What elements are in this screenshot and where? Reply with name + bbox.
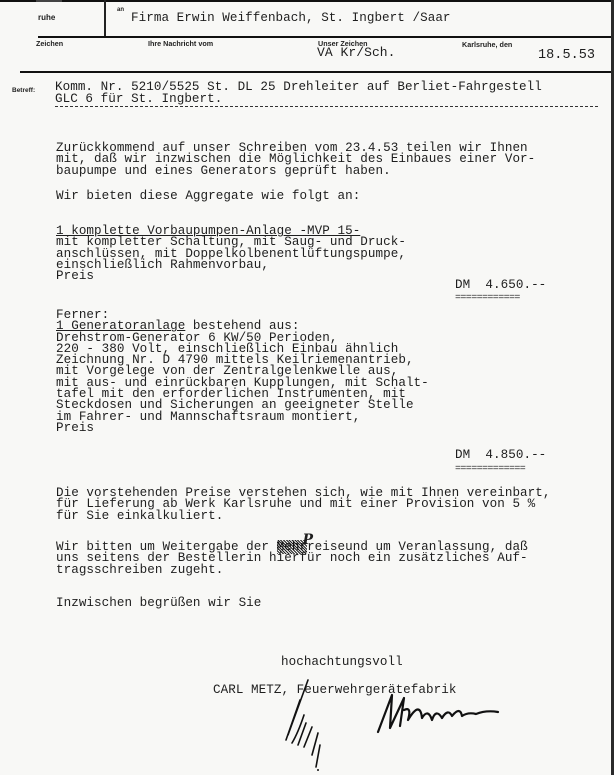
header-rule (38, 36, 614, 38)
recipient-block: an Firma Erwin Weiffenbach, St. Ingbert … (117, 8, 451, 26)
intro-paragraph: Zurückkommend auf unser Schreiben vom 23… (56, 143, 535, 177)
request-paragraph: Wir bitten um Weitergabe der MehrPreiseu… (56, 542, 528, 576)
offer-item-generator: Ferner: 1 Generatoranlage bestehend aus:… (56, 310, 429, 434)
subject-underline (55, 106, 598, 107)
handwritten-correction: P (302, 535, 313, 546)
handwritten-signature-ppa (278, 675, 338, 775)
item-price-label: Preis (56, 423, 429, 434)
subject-line-2: GLC 6 für St. Ingbert. (55, 94, 222, 105)
price-double-underline: ============ (455, 293, 520, 304)
price-double-underline: ============= (455, 464, 525, 475)
item-price: DM 4.650.-- (455, 280, 546, 291)
terms-paragraph: Die vorstehenden Preise verstehen sich, … (56, 488, 551, 522)
letter-page: ruhe an Firma Erwin Weiffenbach, St. Ing… (0, 0, 614, 775)
recipient-prefix: an (117, 7, 124, 13)
item-price-label: Preis (56, 271, 406, 282)
unser-zeichen-value: VA Kr/Sch. (317, 47, 396, 58)
recipient-name: Firma Erwin Weiffenbach, St. Ingbert /Sa… (131, 11, 451, 25)
terms-line: für Sie einkalkuliert. (56, 511, 551, 522)
intro-line: baupumpe und eines Generators geprüft ha… (56, 166, 535, 177)
item-description-line: einschließlich Rahmenvorbau, (56, 260, 406, 271)
letter-date: 18.5.53 (538, 50, 595, 61)
request-line: tragsschreiben zugeht. (56, 565, 528, 576)
item-description-line: im Fahrer- und Mannschaftsraum montiert, (56, 412, 429, 423)
handwritten-signature-huber (370, 690, 510, 740)
item-price: DM 4.850.-- (455, 450, 546, 461)
sender-fragment: ruhe (38, 13, 55, 22)
label-zeichen: Zeichen (36, 39, 63, 48)
closing-greeting: Inzwischen begrüßen wir Sie (56, 598, 261, 609)
subject-rule (20, 71, 614, 73)
top-rule (0, 0, 614, 2)
offer-item-pump: 1 komplette Vorbaupumpen-Anlage -MVP 15-… (56, 226, 406, 282)
label-ort-datum: Karlsruhe, den (462, 40, 512, 49)
address-divider (104, 0, 106, 36)
label-ihre-nachricht: Ihre Nachricht vom (148, 39, 213, 48)
offer-intro: Wir bieten diese Aggregate wie folgt an: (56, 191, 360, 202)
subject-label: Betreff: (12, 87, 35, 94)
struck-word: MehrP (277, 540, 307, 554)
valediction: hochachtungsvoll (281, 657, 403, 668)
letterhead-fragment (36, 0, 62, 2)
